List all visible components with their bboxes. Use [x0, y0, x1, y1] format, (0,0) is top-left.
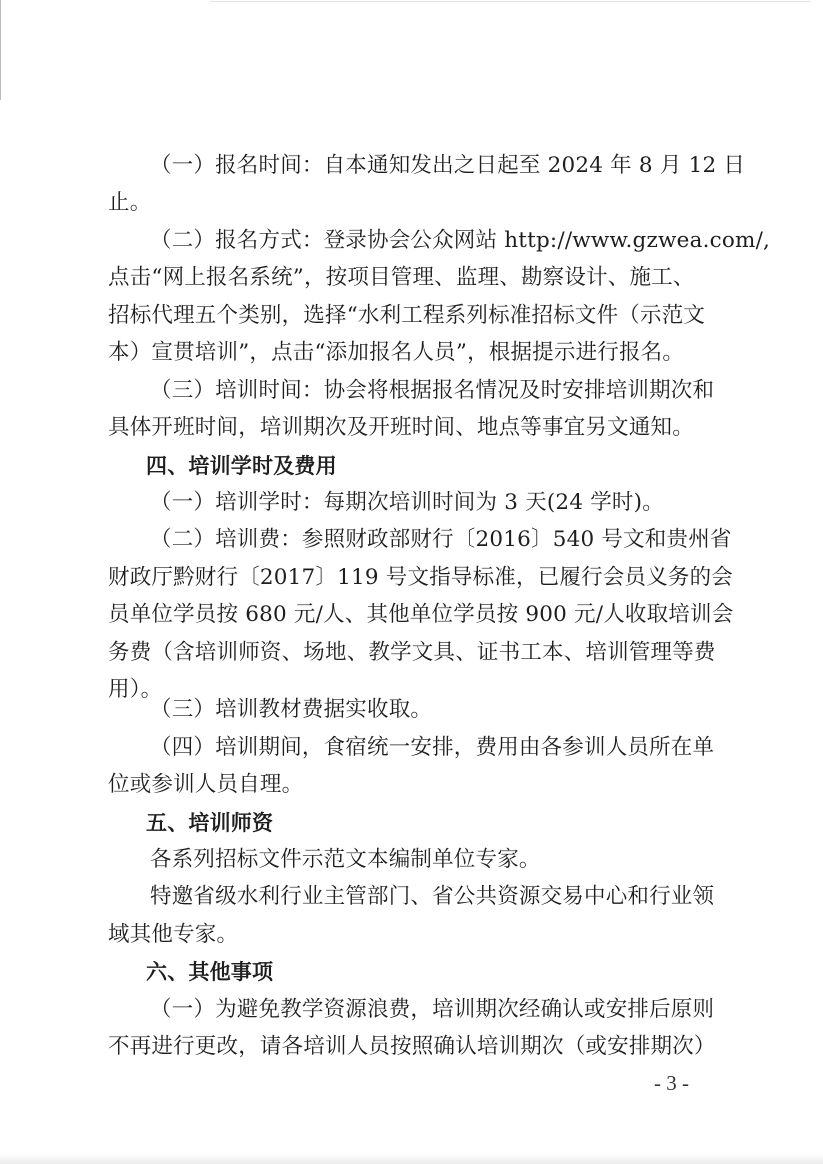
training-fee-line-4: 务费（含培训师资、场地、教学文具、证书工本、培训管理等费	[108, 640, 720, 666]
section-heading-instructors: 五、培训师资	[146, 810, 273, 836]
page-number: - 3 -	[654, 1070, 689, 1096]
registration-time-line-1: （一）报名时间：自本通知发出之日起至 2024 年 8 月 12 日	[150, 153, 720, 179]
other-item-1-line-1: （一）为避免教学资源浪费，培训期次经确认或安排后原则	[150, 997, 720, 1023]
scan-edge-bottom	[0, 1154, 823, 1164]
registration-method-line-1: （二）报名方式：登录协会公众网站 http://www.gzwea.com/,	[150, 228, 720, 254]
scan-edge-top	[210, 1, 810, 2]
section-heading-other: 六、其他事项	[146, 959, 273, 985]
other-item-1-line-2: 不再进行更改，请各培训人员按照确认培训期次（或安排期次）	[108, 1034, 720, 1060]
instructors-line-3: 域其他专家。	[108, 922, 720, 948]
instructors-line-1: 各系列招标文件示范文本编制单位专家。	[150, 847, 720, 873]
lodging-line-1: （四）培训期间，食宿统一安排，费用由各参训人员所在单	[150, 735, 720, 761]
section-heading-hours-fees: 四、培训学时及费用	[146, 453, 337, 479]
registration-method-line-4: 本）宣贯培训”，点击“添加报名人员”，根据提示进行报名。	[108, 340, 720, 366]
training-hours-line: （一）培训学时：每期次培训时间为 3 天(24 学时)。	[150, 490, 720, 516]
lodging-line-2: 位或参训人员自理。	[108, 772, 720, 798]
registration-method-line-2: 点击“网上报名系统”，按项目管理、监理、勘察设计、施工、	[108, 265, 720, 291]
registration-time-line-2: 止。	[108, 190, 720, 216]
training-time-line-2: 具体开班时间，培训期次及开班时间、地点等事宜另文通知。	[108, 415, 720, 441]
instructors-line-2: 特邀省级水利行业主管部门、省公共资源交易中心和行业领	[150, 884, 720, 910]
training-fee-line-1: （二）培训费：参照财政部财行〔2016〕540 号文和贵州省	[150, 527, 720, 553]
training-fee-line-2: 财政厅黔财行〔2017〕119 号文指导标准，已履行会员义务的会	[108, 565, 720, 591]
registration-method-line-3: 招标代理五个类别，选择“水利工程系列标准招标文件（示范文	[108, 303, 720, 329]
training-fee-line-3: 员单位学员按 680 元/人、其他单位学员按 900 元/人收取培训会	[108, 602, 720, 628]
materials-fee-line: （三）培训教材费据实收取。	[150, 697, 720, 723]
training-time-line-1: （三）培训时间：协会将根据报名情况及时安排培训期次和	[150, 378, 720, 404]
scan-edge-left	[0, 0, 1, 100]
document-page: （一）报名时间：自本通知发出之日起至 2024 年 8 月 12 日 止。 （二…	[0, 0, 823, 1164]
